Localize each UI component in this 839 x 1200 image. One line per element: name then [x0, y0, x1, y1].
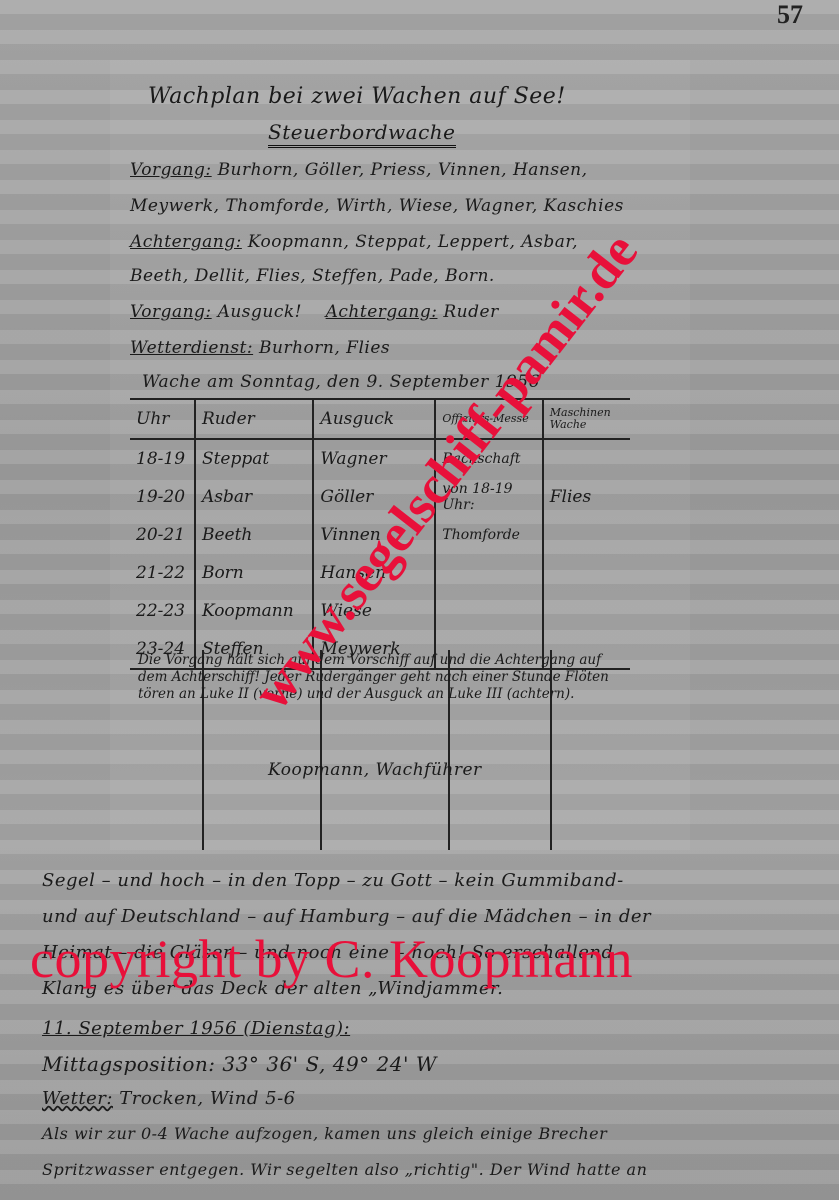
table-row: 18-19SteppatWagnerBackschaft — [130, 439, 630, 478]
cell-maschinenwache — [543, 592, 630, 630]
duty-achtergang-label: Achtergang: — [326, 302, 438, 322]
cell-ruder: Steppat — [195, 439, 313, 478]
watch-plan-subtitle: Steuerbordwache — [268, 120, 456, 148]
weather-label: Wetter: — [42, 1088, 113, 1109]
duty-achtergang-value: Ruder — [443, 302, 498, 322]
vorgang-line-1: Vorgang: Burhorn, Göller, Priess, Vinnen… — [130, 160, 588, 180]
achtergang-label: Achtergang: — [130, 232, 242, 252]
diary-line-2: und auf Deutschland – auf Hamburg – auf … — [42, 906, 651, 927]
cell-offiziersmesse — [435, 554, 542, 592]
diary-line-1: Segel – und hoch – in den Topp – zu Gott… — [42, 870, 624, 891]
cell-offiziersmesse: Thomforde — [435, 516, 542, 554]
duty-vorgang-label: Vorgang: — [130, 302, 212, 322]
table-note: Die Vorgang hält sich auf dem Vorschiff … — [138, 652, 628, 703]
vorgang-names-2: Meywerk, Thomforde, Wirth, Wiese, Wagner… — [130, 196, 624, 216]
cell-uhr: 21-22 — [130, 554, 195, 592]
vorgang-label: Vorgang: — [130, 160, 212, 180]
achtergang-names-2: Beeth, Dellit, Flies, Steffen, Pade, Bor… — [130, 266, 495, 286]
cell-ruder: Beeth — [195, 516, 313, 554]
weather-line: Wetter: Trocken, Wind 5-6 — [42, 1088, 296, 1109]
date-heading: 11. September 1956 (Dienstag): — [42, 1018, 350, 1039]
position-label: Mittagsposition: — [42, 1052, 216, 1076]
table-header-row: Uhr Ruder Ausguck Offiziers-Messe Maschi… — [130, 399, 630, 439]
header-ausguck: Ausguck — [313, 399, 435, 439]
signature: Koopmann, Wachführer — [268, 760, 482, 780]
page-number: 57 — [777, 0, 803, 30]
cell-uhr: 19-20 — [130, 478, 195, 516]
cell-ruder: Asbar — [195, 478, 313, 516]
entry-line-2: Spritzwasser entgegen. Wir segelten also… — [42, 1160, 647, 1179]
weather-value: Trocken, Wind 5-6 — [119, 1088, 295, 1109]
cell-uhr: 20-21 — [130, 516, 195, 554]
entry-line-1: Als wir zur 0-4 Wache aufzogen, kamen un… — [42, 1124, 607, 1143]
cell-offiziersmesse — [435, 592, 542, 630]
cell-ruder: Born — [195, 554, 313, 592]
position-value: 33° 36' S, 49° 24' W — [222, 1052, 436, 1076]
vorgang-names-1: Burhorn, Göller, Priess, Vinnen, Hansen, — [218, 160, 588, 180]
watch-plan-title: Wachplan bei zwei Wachen auf See! — [148, 84, 566, 109]
cell-uhr: 18-19 — [130, 439, 195, 478]
position-line: Mittagsposition: 33° 36' S, 49° 24' W — [42, 1052, 437, 1076]
cell-uhr: 22-23 — [130, 592, 195, 630]
duty-assignment-line: Vorgang: Ausguck! Achtergang: Ruder — [130, 302, 499, 322]
achtergang-line-1: Achtergang: Koopmann, Steppat, Leppert, … — [130, 232, 578, 252]
header-uhr: Uhr — [130, 399, 195, 439]
cell-maschinenwache — [543, 554, 630, 592]
cell-maschinenwache — [543, 439, 630, 478]
header-ruder: Ruder — [195, 399, 313, 439]
duty-vorgang-value: Ausguck! — [218, 302, 302, 322]
scanned-diary-page: 57 Wachplan bei zwei Wachen auf See! Ste… — [0, 0, 839, 1200]
cell-maschinenwache: Flies — [543, 478, 630, 516]
wetterdienst-line: Wetterdienst: Burhorn, Flies — [130, 338, 390, 358]
header-maschinenwache: Maschinen Wache — [543, 399, 630, 439]
achtergang-names-1: Koopmann, Steppat, Leppert, Asbar, — [248, 232, 578, 252]
wetterdienst-value: Burhorn, Flies — [259, 338, 390, 358]
cell-maschinenwache — [543, 516, 630, 554]
copyright-watermark: copyright by C. Koopmann — [30, 928, 633, 990]
wetterdienst-label: Wetterdienst: — [130, 338, 253, 358]
